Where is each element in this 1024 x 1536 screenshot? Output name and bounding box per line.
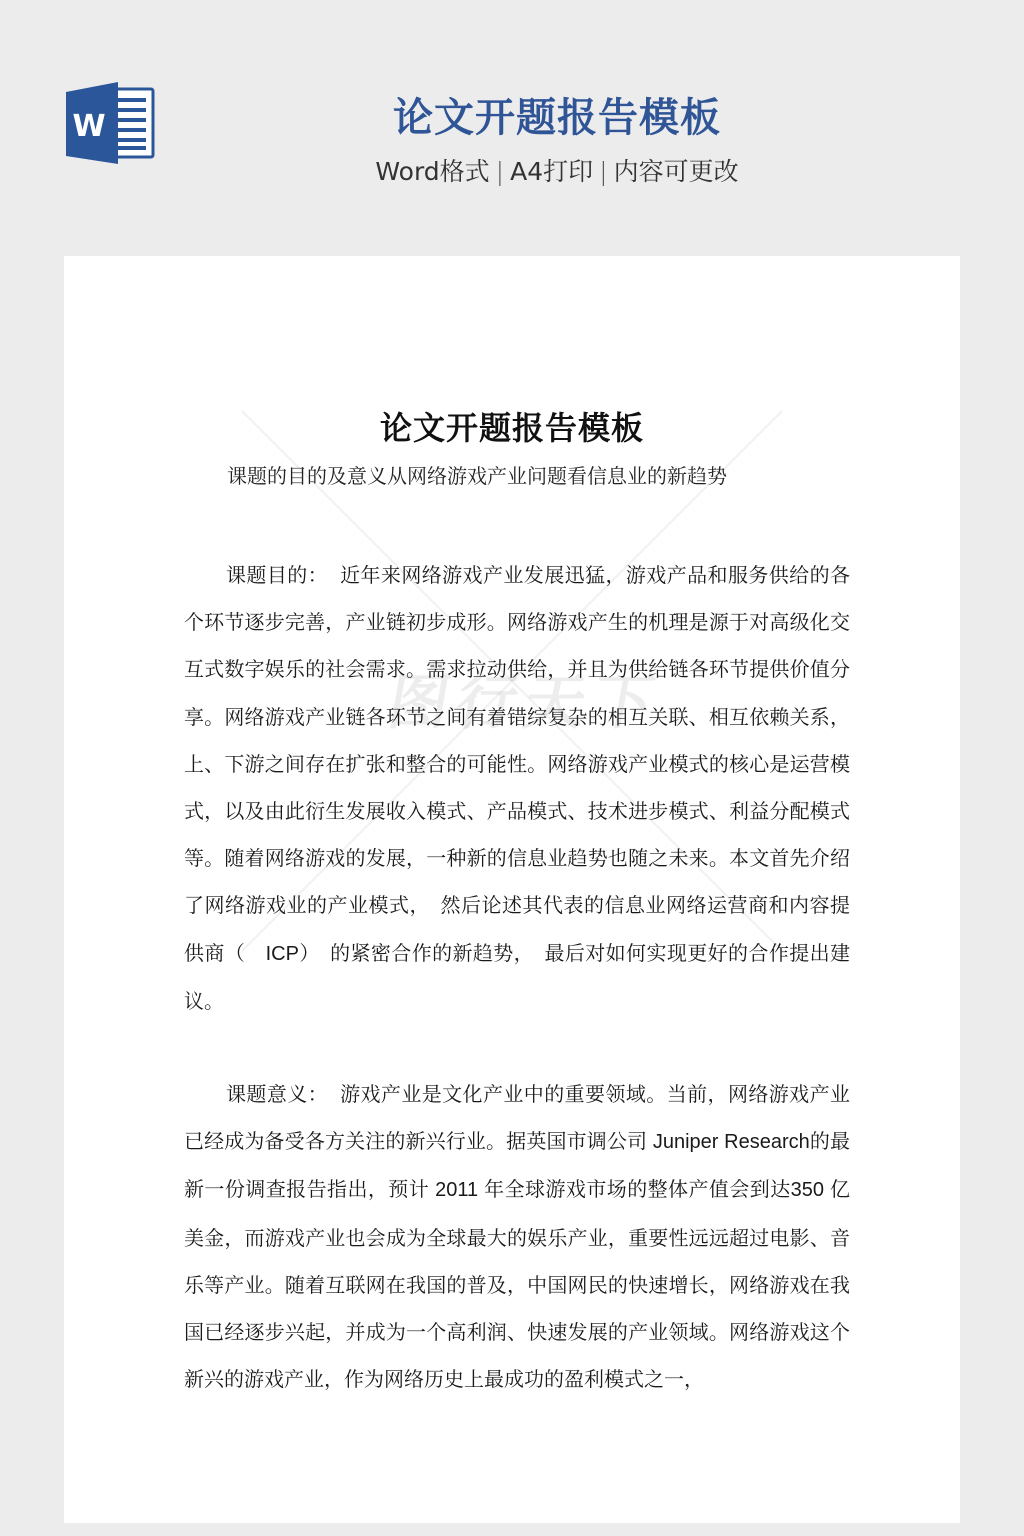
paragraph-text: 亿美金，而游戏产业也会成为全球最大的娱乐产业，重要性远远超过电影、音乐等产业。随…: [184, 1177, 850, 1391]
microsoft-word-icon: W: [64, 80, 156, 166]
format-label: Word格式: [375, 157, 489, 186]
separator: |: [496, 157, 504, 186]
year-number: 2011: [429, 1179, 484, 1201]
company-name: Juniper Research: [647, 1131, 810, 1153]
separator: |: [599, 157, 607, 186]
document-page: 图行天下 论文开题报告模板 课题的目的及意义从网络游戏产业问题看信息业的新趋势 …: [64, 256, 960, 1523]
document-title: 论文开题报告模板: [64, 406, 960, 450]
abbreviation-text: ICP: [266, 943, 299, 965]
paragraph-text: 年全球游戏市场的整体产值会到达: [484, 1177, 790, 1201]
banner-title: 论文开题报告模板: [300, 92, 814, 144]
paragraph-significance: 课题意义：游戏产业是文化产业中的重要领域。当前，网络游戏产业已经成为备受各方关注…: [184, 1071, 850, 1403]
print-label: A4打印: [510, 157, 593, 186]
section-label: 课题意义：: [226, 1082, 328, 1106]
document-subtitle: 课题的目的及意义从网络游戏产业问题看信息业的新趋势: [227, 462, 727, 490]
paragraph-text: 近年来网络游戏产业发展迅猛，游戏产品和服务供给的各个环节逐步完善，产业链初步成形…: [184, 563, 850, 965]
paragraph-purpose: 课题目的：近年来网络游戏产业发展迅猛，游戏产品和服务供给的各个环节逐步完善，产业…: [184, 552, 850, 1025]
banner-header: W 论文开题报告模板 Word格式|A4打印|内容可更改: [0, 0, 1024, 256]
value-number: 350: [791, 1179, 830, 1201]
editable-label: 内容可更改: [614, 157, 739, 186]
section-label: 课题目的：: [226, 563, 328, 587]
banner-subtitle: Word格式|A4打印|内容可更改: [300, 154, 814, 190]
svg-text:W: W: [72, 109, 105, 144]
